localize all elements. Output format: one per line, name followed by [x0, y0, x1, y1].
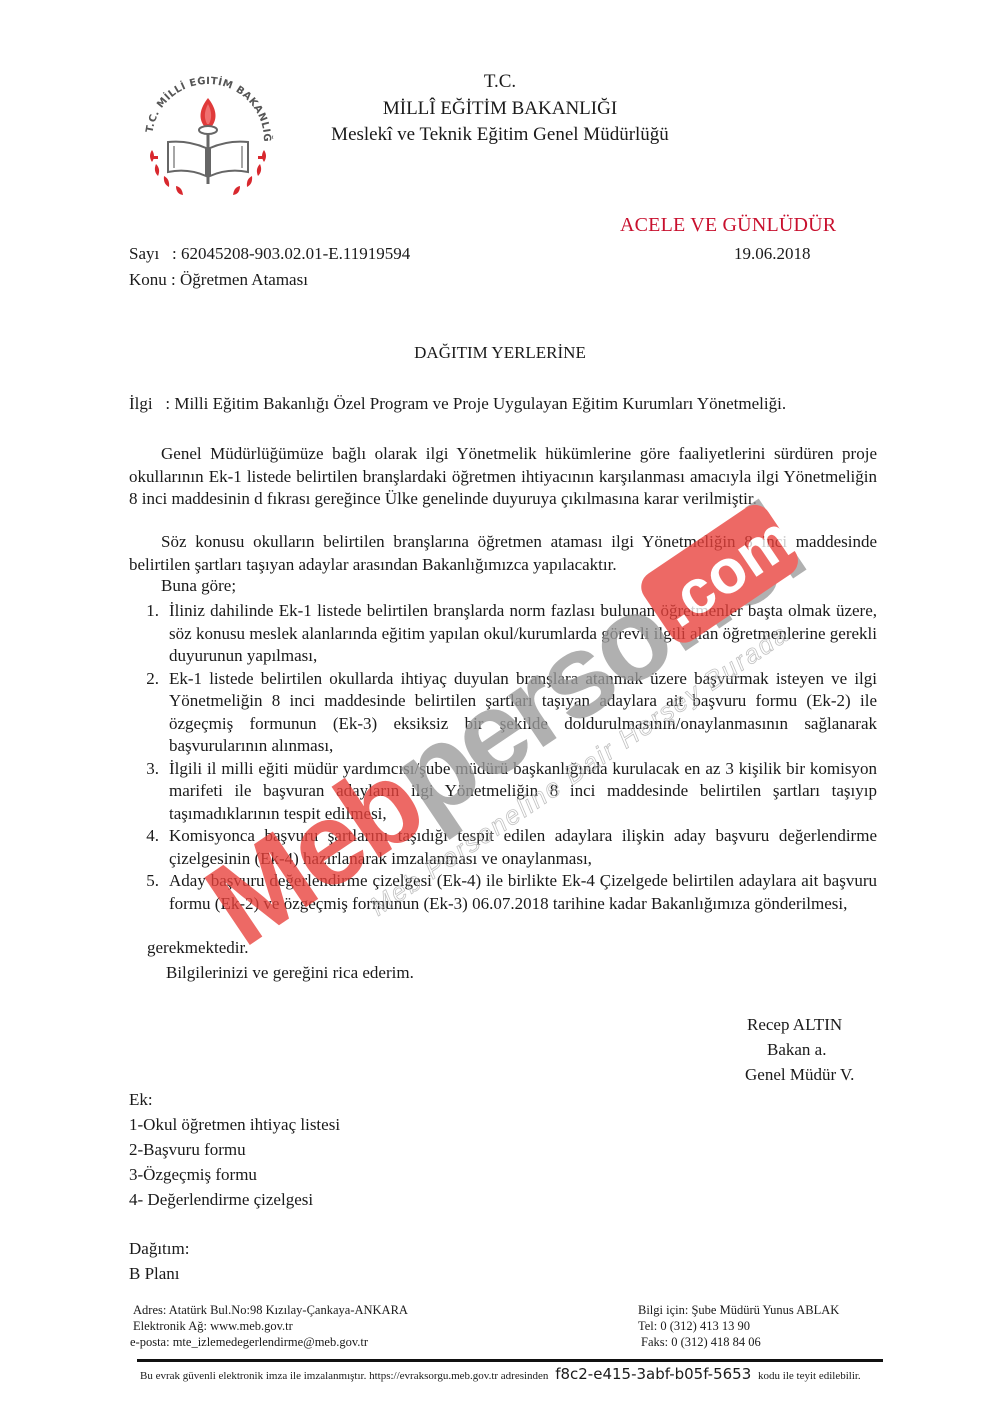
distribution: Dağıtım: B Planı — [129, 1236, 189, 1286]
paragraph-2: Söz konusu okulların belirtilen branşlar… — [129, 531, 877, 576]
header-ministry: MİLLÎ EĞİTİM BAKANLIĞI — [300, 97, 700, 121]
footer-tel: Tel: 0 (312) 413 13 90 — [638, 1318, 839, 1334]
header-country: T.C. — [300, 70, 700, 94]
footer-fax: Faks: 0 (312) 418 84 06 — [638, 1334, 839, 1350]
signatory-title-2: Genel Müdür V. — [745, 1062, 854, 1087]
list-number: 1. — [129, 600, 169, 668]
list-item: 2.Ek-1 listede belirtilen okullarda ihti… — [129, 668, 877, 758]
document-date: 19.06.2018 — [734, 243, 811, 265]
list-number: 2. — [129, 668, 169, 758]
list-text: İliniz dahilinde Ek-1 listede belirtilen… — [169, 600, 877, 668]
footer-contact-right: Bilgi için: Şube Müdürü Yunus ABLAK Tel:… — [638, 1302, 839, 1350]
closing-request: Bilgilerinizi ve gereğini rica ederim. — [166, 963, 414, 983]
urgency-label: ACELE VE GÜNLÜDÜR — [620, 214, 836, 237]
list-text: Ek-1 listede belirtilen okullarda ihtiya… — [169, 668, 877, 758]
reference-line: İlgi : Milli Eğitim Bakanlığı Özel Progr… — [129, 394, 786, 414]
list-number: 4. — [129, 825, 169, 870]
paragraph-1: Genel Müdürlüğümüze bağlı olarak ilgi Yö… — [129, 443, 877, 511]
list-item: 3.İlgili il milli eğiti müdür yardımcısı… — [129, 758, 877, 826]
verification-suffix: kodu ile teyit edilebilir. — [758, 1370, 861, 1382]
footer-info: Bilgi için: Şube Müdürü Yunus ABLAK — [638, 1302, 839, 1318]
list-number: 3. — [129, 758, 169, 826]
list-number: 5. — [129, 870, 169, 915]
closing-required: gerekmektedir. — [147, 938, 249, 958]
attachment-item: 3-Özgeçmiş formu — [129, 1162, 340, 1187]
footer-web: Elektronik Ağ: www.meb.gov.tr — [130, 1318, 408, 1334]
attachment-item: 1-Okul öğretmen ihtiyaç listesi — [129, 1112, 340, 1137]
list-item: 5.Aday başvuru değerlendirme çizelgesi (… — [129, 870, 877, 915]
paragraph-3: Buna göre; — [161, 576, 236, 596]
attachment-item: 2-Başvuru formu — [129, 1137, 340, 1162]
list-text: İlgili il milli eğiti müdür yardımcısı/ş… — [169, 758, 877, 826]
e-signature-verification: Bu evrak güvenli elektronik imza ile imz… — [140, 1365, 861, 1383]
document-subject: Konu : Öğretmen Ataması — [129, 269, 308, 291]
attachment-item: 4- Değerlendirme çizelgesi — [129, 1187, 340, 1212]
list-text: Aday başvuru değerlendirme çizelgesi (Ek… — [169, 870, 877, 915]
ministry-seal-icon: T.C. MİLLİ EĞİTİM BAKANLIĞI — [138, 76, 278, 204]
addressee: DAĞITIM YERLERİNE — [0, 343, 1000, 363]
footer-address: Adres: Atatürk Bul.No:98 Kızılay-Çankaya… — [130, 1302, 408, 1318]
distribution-value: B Planı — [129, 1261, 189, 1286]
footer-divider — [137, 1359, 883, 1362]
instruction-list: 1.İliniz dahilinde Ek-1 listede belirtil… — [129, 600, 877, 915]
footer-email: e-posta: mte_izlemedegerlendirme@meb.gov… — [130, 1334, 408, 1350]
distribution-label: Dağıtım: — [129, 1236, 189, 1261]
signatory-name: Recep ALTIN — [747, 1012, 842, 1037]
list-text: Komisyonca başvuru şartlarını taşıdığı t… — [169, 825, 877, 870]
header-directorate: Meslekî ve Teknik Eğitim Genel Müdürlüğü — [300, 123, 700, 147]
list-item: 4.Komisyonca başvuru şartlarını taşıdığı… — [129, 825, 877, 870]
attachments-label: Ek: — [129, 1087, 340, 1112]
signatory-title-1: Bakan a. — [767, 1037, 826, 1062]
attachments: Ek: 1-Okul öğretmen ihtiyaç listesi 2-Ba… — [129, 1087, 340, 1212]
list-item: 1.İliniz dahilinde Ek-1 listede belirtil… — [129, 600, 877, 668]
document-number: Sayı : 62045208-903.02.01-E.11919594 — [129, 243, 410, 265]
footer-contact-left: Adres: Atatürk Bul.No:98 Kızılay-Çankaya… — [130, 1302, 408, 1350]
verification-code: f8c2-e415-3abf-b05f-5653 — [555, 1365, 751, 1383]
verification-prefix: Bu evrak güvenli elektronik imza ile imz… — [140, 1370, 548, 1382]
